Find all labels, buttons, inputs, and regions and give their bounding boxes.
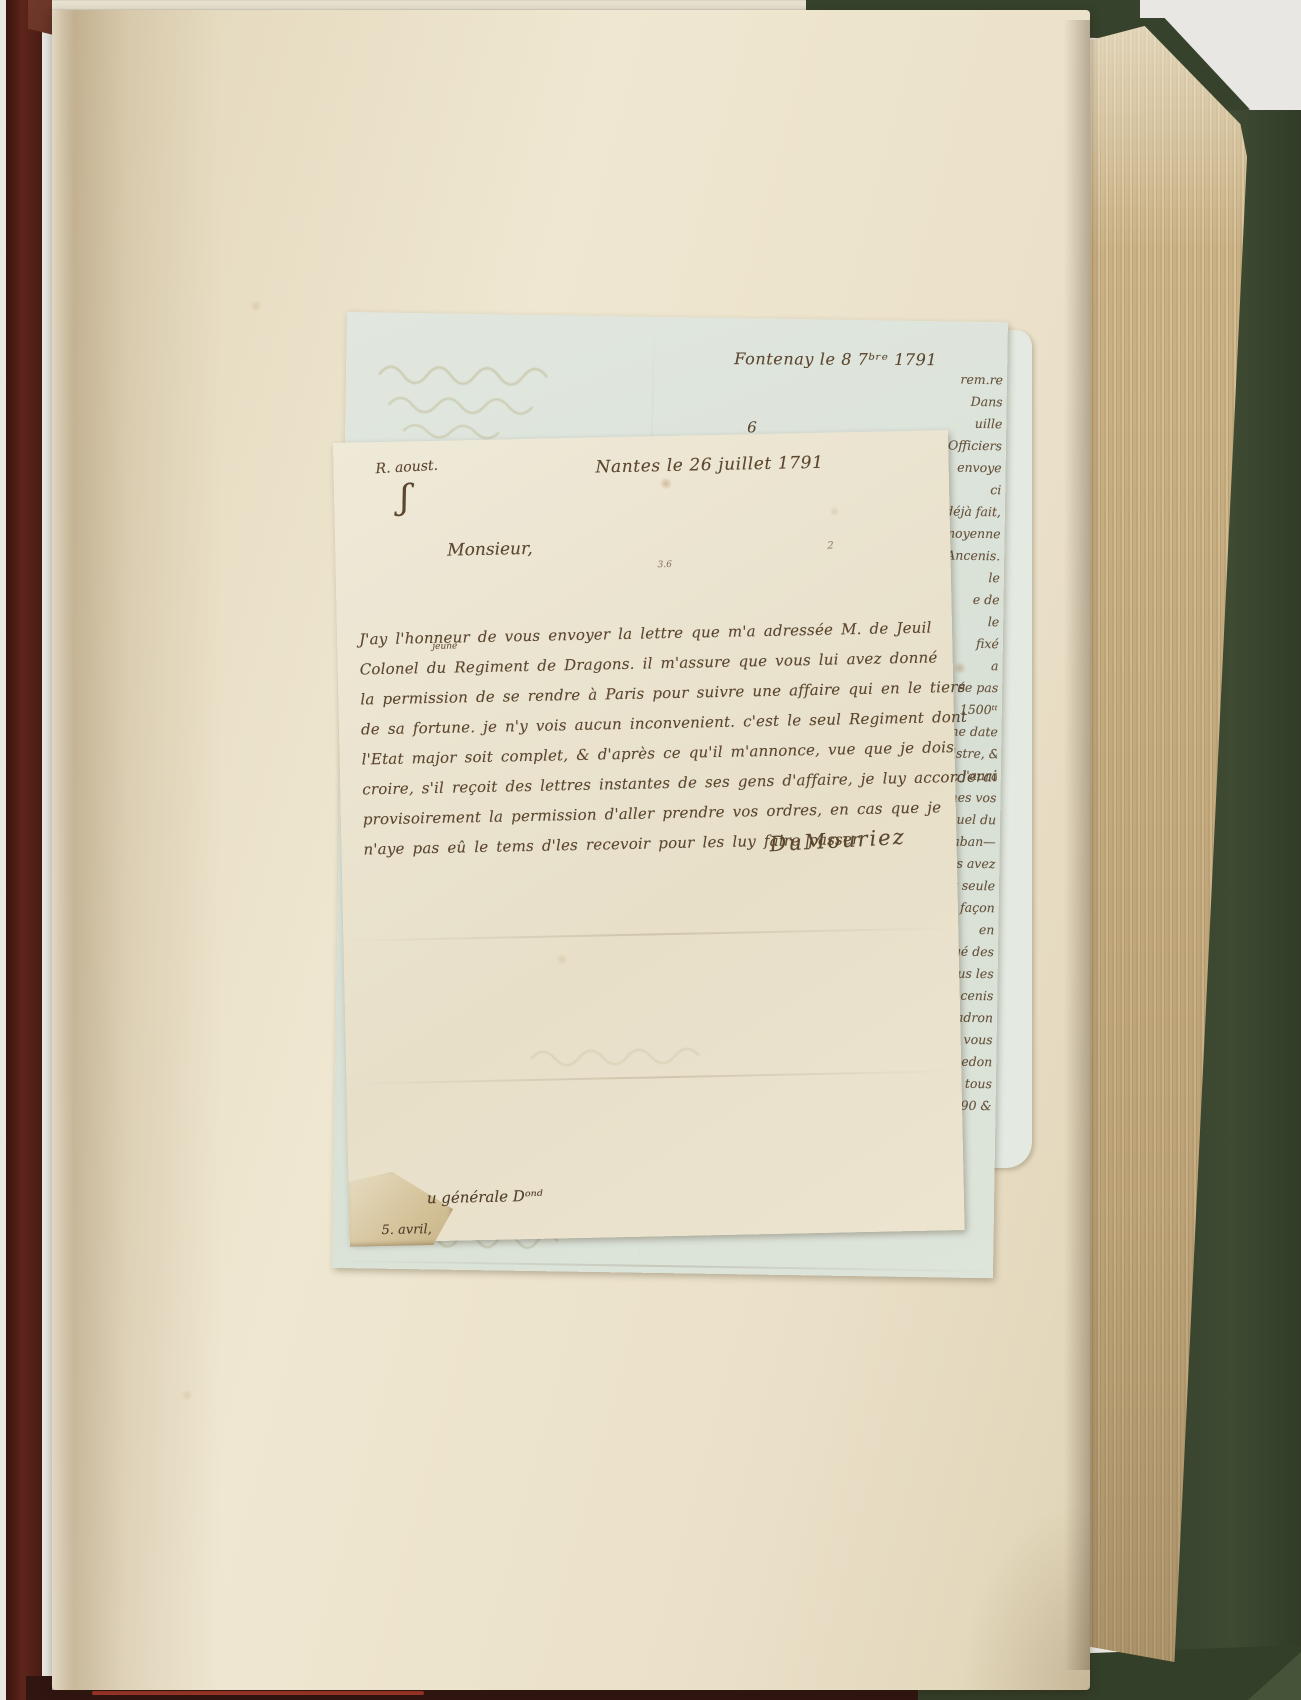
dumouriez-letter-sheet: R. aoust. ʃ Nantes le 26 juillet 1791 Mo… — [333, 430, 965, 1243]
stray-ink-mark: 3.6 — [658, 560, 673, 570]
foxing-spot — [659, 478, 673, 489]
paraph-flourish: ʃ — [400, 477, 410, 517]
foxing-spot — [953, 662, 966, 675]
interline-insertion: jeune — [432, 641, 457, 652]
docket-annotation-line1: u générale Dᵒⁿᵈ — [427, 1187, 543, 1207]
fontenay-dateline: Fontenay le 8 7ᵇʳᵉ 1791 — [734, 349, 937, 369]
foxing-spot — [556, 953, 568, 965]
stray-ink-mark: 2 — [827, 541, 834, 552]
foxing-spot — [250, 300, 262, 312]
fold-crease — [343, 927, 958, 942]
foxing-spot — [829, 506, 839, 516]
letter-edge-fragment: Dans — [933, 393, 1003, 409]
photo-of-open-album: Fontenay le 8 7ᵇʳᵉ 1791 6 rem.reDansuill… — [0, 0, 1301, 1700]
docket-annotation-line2: 5. avril, — [381, 1222, 432, 1238]
page-right-shadow — [1064, 20, 1090, 1670]
letter-edge-fragment: uille — [932, 415, 1002, 431]
page-curl-highlight — [52, 10, 74, 1690]
foxing-spot — [180, 1390, 194, 1400]
red-board-accent — [92, 1691, 424, 1695]
book-spine-red-leather — [6, 0, 42, 1700]
nantes-dateline: Nantes le 26 juillet 1791 — [595, 453, 823, 478]
salutation: Monsieur, — [447, 539, 533, 561]
page-gutter-shadow — [52, 10, 222, 1690]
ghost-show-through-writing — [526, 1035, 727, 1079]
letter-edge-fragment: rem.re — [933, 371, 1003, 387]
ghost-show-through-writing — [373, 352, 604, 446]
margin-annotation: R. aoust. — [375, 458, 438, 477]
